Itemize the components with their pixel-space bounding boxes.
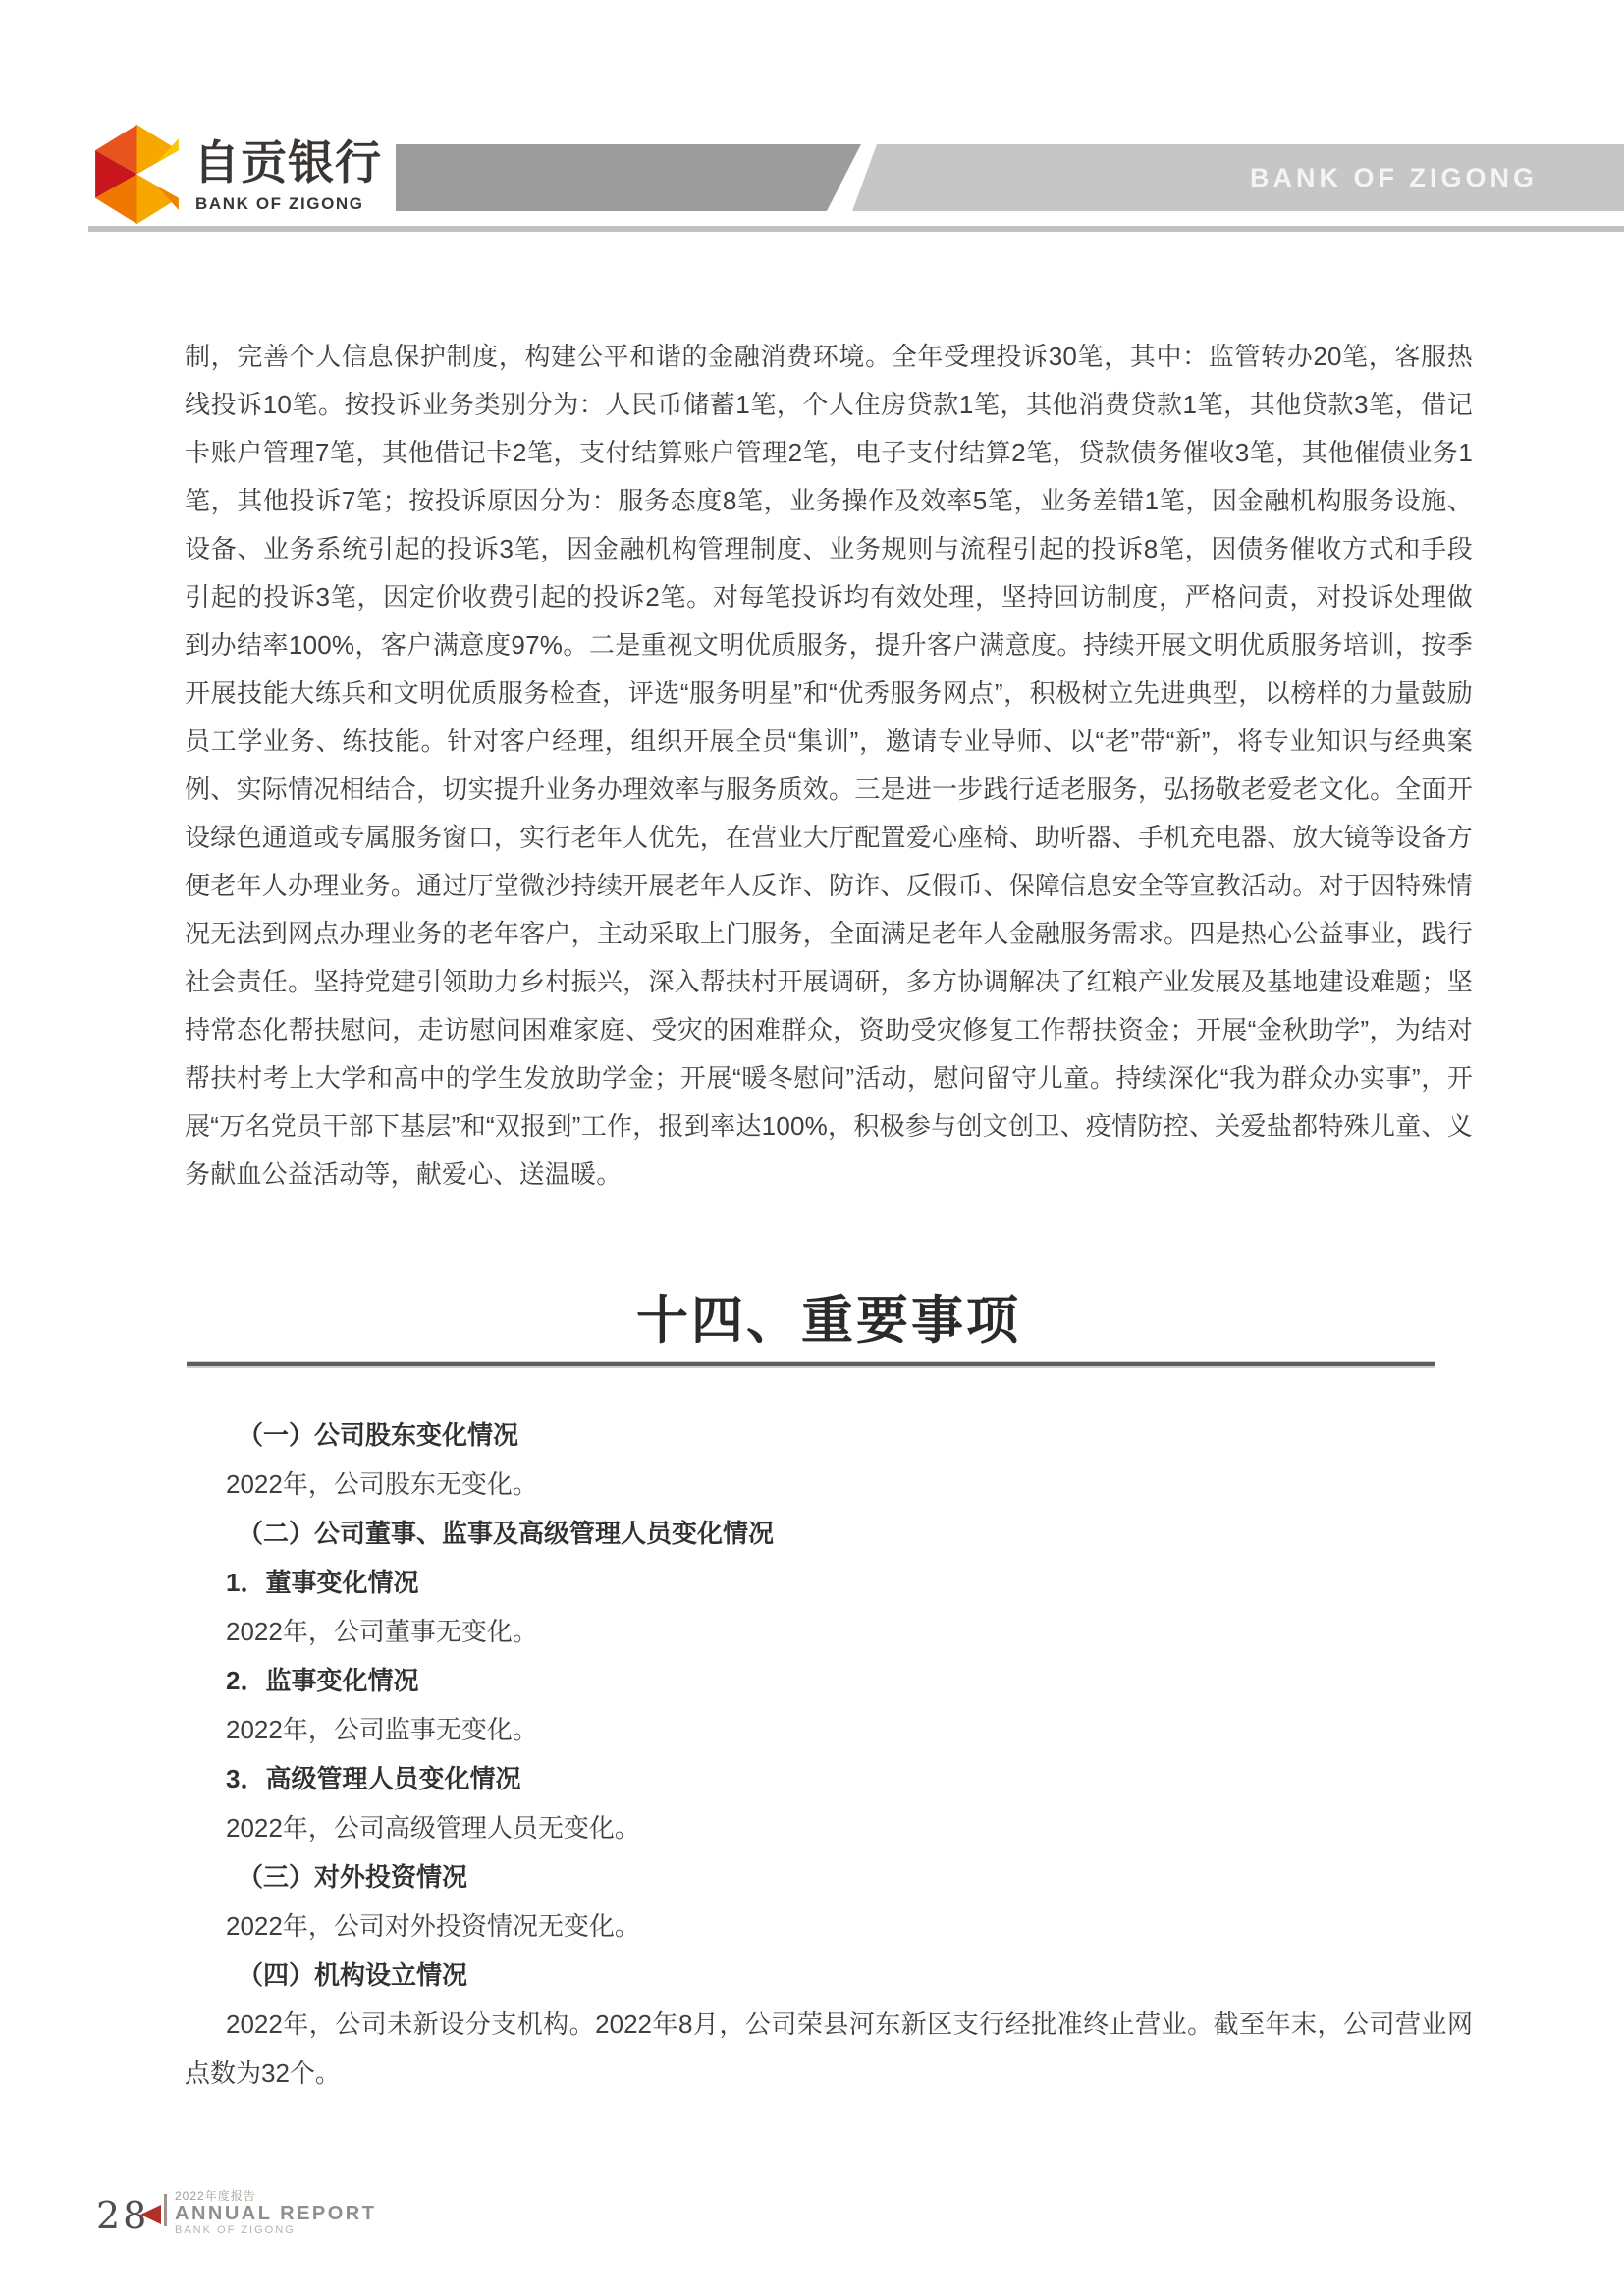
- document-page: 自贡银行 BANK OF ZIGONG BANK OF ZIGONG 制，完善个…: [0, 0, 1624, 2296]
- subsection-heading: （二）公司董事、监事及高级管理人员变化情况: [185, 1509, 1473, 1558]
- footer-text-block: 2022年度报告 ANNUAL REPORT BANK OF ZIGONG: [175, 2190, 376, 2236]
- bank-name-english: BANK OF ZIGONG: [195, 194, 364, 214]
- subsection-body: 2022年，公司监事无变化。: [185, 1705, 1473, 1754]
- header-banner-dark-segment: [396, 144, 861, 211]
- subsection-heading: （四）机构设立情况: [185, 1950, 1473, 2000]
- footer-divider: [164, 2194, 167, 2226]
- header-banner-light-segment: BANK OF ZIGONG: [852, 144, 1624, 211]
- section-title: 十四、重要事项: [185, 1279, 1473, 1354]
- subsection-body: 2022年，公司对外投资情况无变化。: [185, 1901, 1473, 1950]
- subsection-body: 2022年，公司董事无变化。: [185, 1607, 1473, 1656]
- subsection-heading: （一）公司股东变化情况: [185, 1411, 1473, 1460]
- subsection-heading: （三）对外投资情况: [185, 1852, 1473, 1901]
- subsection-body: 2022年，公司未新设分支机构。2022年8月，公司荣县河东新区支行经批准终止营…: [185, 2000, 1473, 2098]
- subsections-block: （一）公司股东变化情况 2022年，公司股东无变化。 （二）公司董事、监事及高级…: [185, 1411, 1473, 2098]
- footer-report-title-cn: 2022年度报告: [175, 2190, 376, 2202]
- subsection-heading: 1．董事变化情况: [185, 1558, 1473, 1607]
- section-title-rule: [187, 1361, 1435, 1368]
- subsection-heading: 2．监事变化情况: [185, 1656, 1473, 1705]
- bank-name-chinese: 自贡银行: [193, 137, 400, 188]
- subsection-body: 2022年，公司股东无变化。: [185, 1460, 1473, 1509]
- header-banner-title: BANK OF ZIGONG: [1250, 163, 1538, 193]
- footer-bank-name: BANK OF ZIGONG: [175, 2225, 376, 2236]
- body-paragraph: 制，完善个人信息保护制度，构建公平和谐的金融消费环境。全年受理投诉30笔，其中：…: [185, 333, 1473, 1199]
- bank-logo-icon: [95, 125, 179, 224]
- subsection-body: 2022年，公司高级管理人员无变化。: [185, 1803, 1473, 1852]
- subsection-heading: 3．高级管理人员变化情况: [185, 1754, 1473, 1803]
- footer-arrow-icon: [140, 2205, 161, 2224]
- header-divider-rule: [88, 226, 1624, 232]
- footer-report-title-en: ANNUAL REPORT: [175, 2204, 376, 2223]
